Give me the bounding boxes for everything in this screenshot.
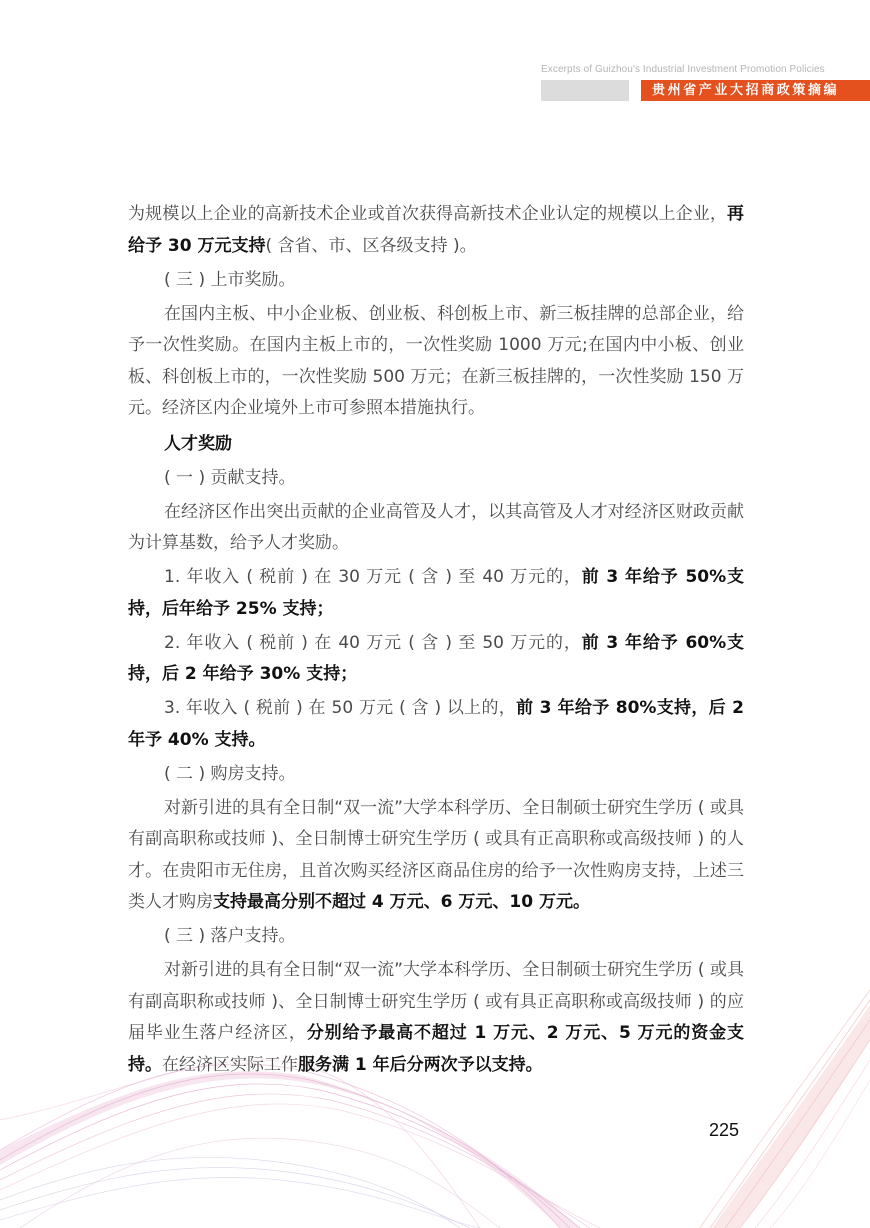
section-heading-talent-reward: 人才奖励 (128, 429, 744, 461)
header-chinese-title: 贵州省产业大招商政策摘编 (641, 80, 870, 101)
subheading-listing-reward: ( 三 ) 上市奖励。 (128, 265, 744, 297)
list-item-2: 2. 年收入 ( 税前 ) 在 40 万元 ( 含 ) 至 50 万元的，前 3… (128, 628, 744, 691)
header-gray-block (541, 80, 629, 101)
header-english-title: Excerpts of Guizhou's Industrial Investm… (541, 64, 841, 75)
paragraph: 对新引进的具有全日制“双一流”大学本科学历、全日制硕士研究生学历 ( 或具有副高… (128, 793, 744, 919)
document-body: 为规模以上企业的高新技术企业或首次获得高新技术企业认定的规模以上企业，再给予 3… (128, 199, 744, 1084)
paragraph: 在经济区作出突出贡献的企业高管及人才，以其高管及人才对经济区财政贡献为计算基数，… (128, 497, 744, 560)
subheading-housing-support: ( 二 ) 购房支持。 (128, 759, 744, 791)
subheading-settlement-support: ( 三 ) 落户支持。 (128, 921, 744, 953)
subheading-contribution-support: ( 一 ) 贡献支持。 (128, 463, 744, 495)
list-item-1: 1. 年收入 ( 税前 ) 在 30 万元 ( 含 ) 至 40 万元的，前 3… (128, 562, 744, 625)
page-number: 225 (709, 1120, 739, 1141)
paragraph: 在国内主板、中小企业板、创业板、科创板上市、新三板挂牌的总部企业，给予一次性奖励… (128, 299, 744, 425)
paragraph: 对新引进的具有全日制“双一流”大学本科学历、全日制硕士研究生学历 ( 或具有副高… (128, 955, 744, 1081)
list-item-3: 3. 年收入 ( 税前 ) 在 50 万元 ( 含 ) 以上的，前 3 年给予 … (128, 693, 744, 756)
paragraph: 为规模以上企业的高新技术企业或首次获得高新技术企业认定的规模以上企业，再给予 3… (128, 199, 744, 262)
